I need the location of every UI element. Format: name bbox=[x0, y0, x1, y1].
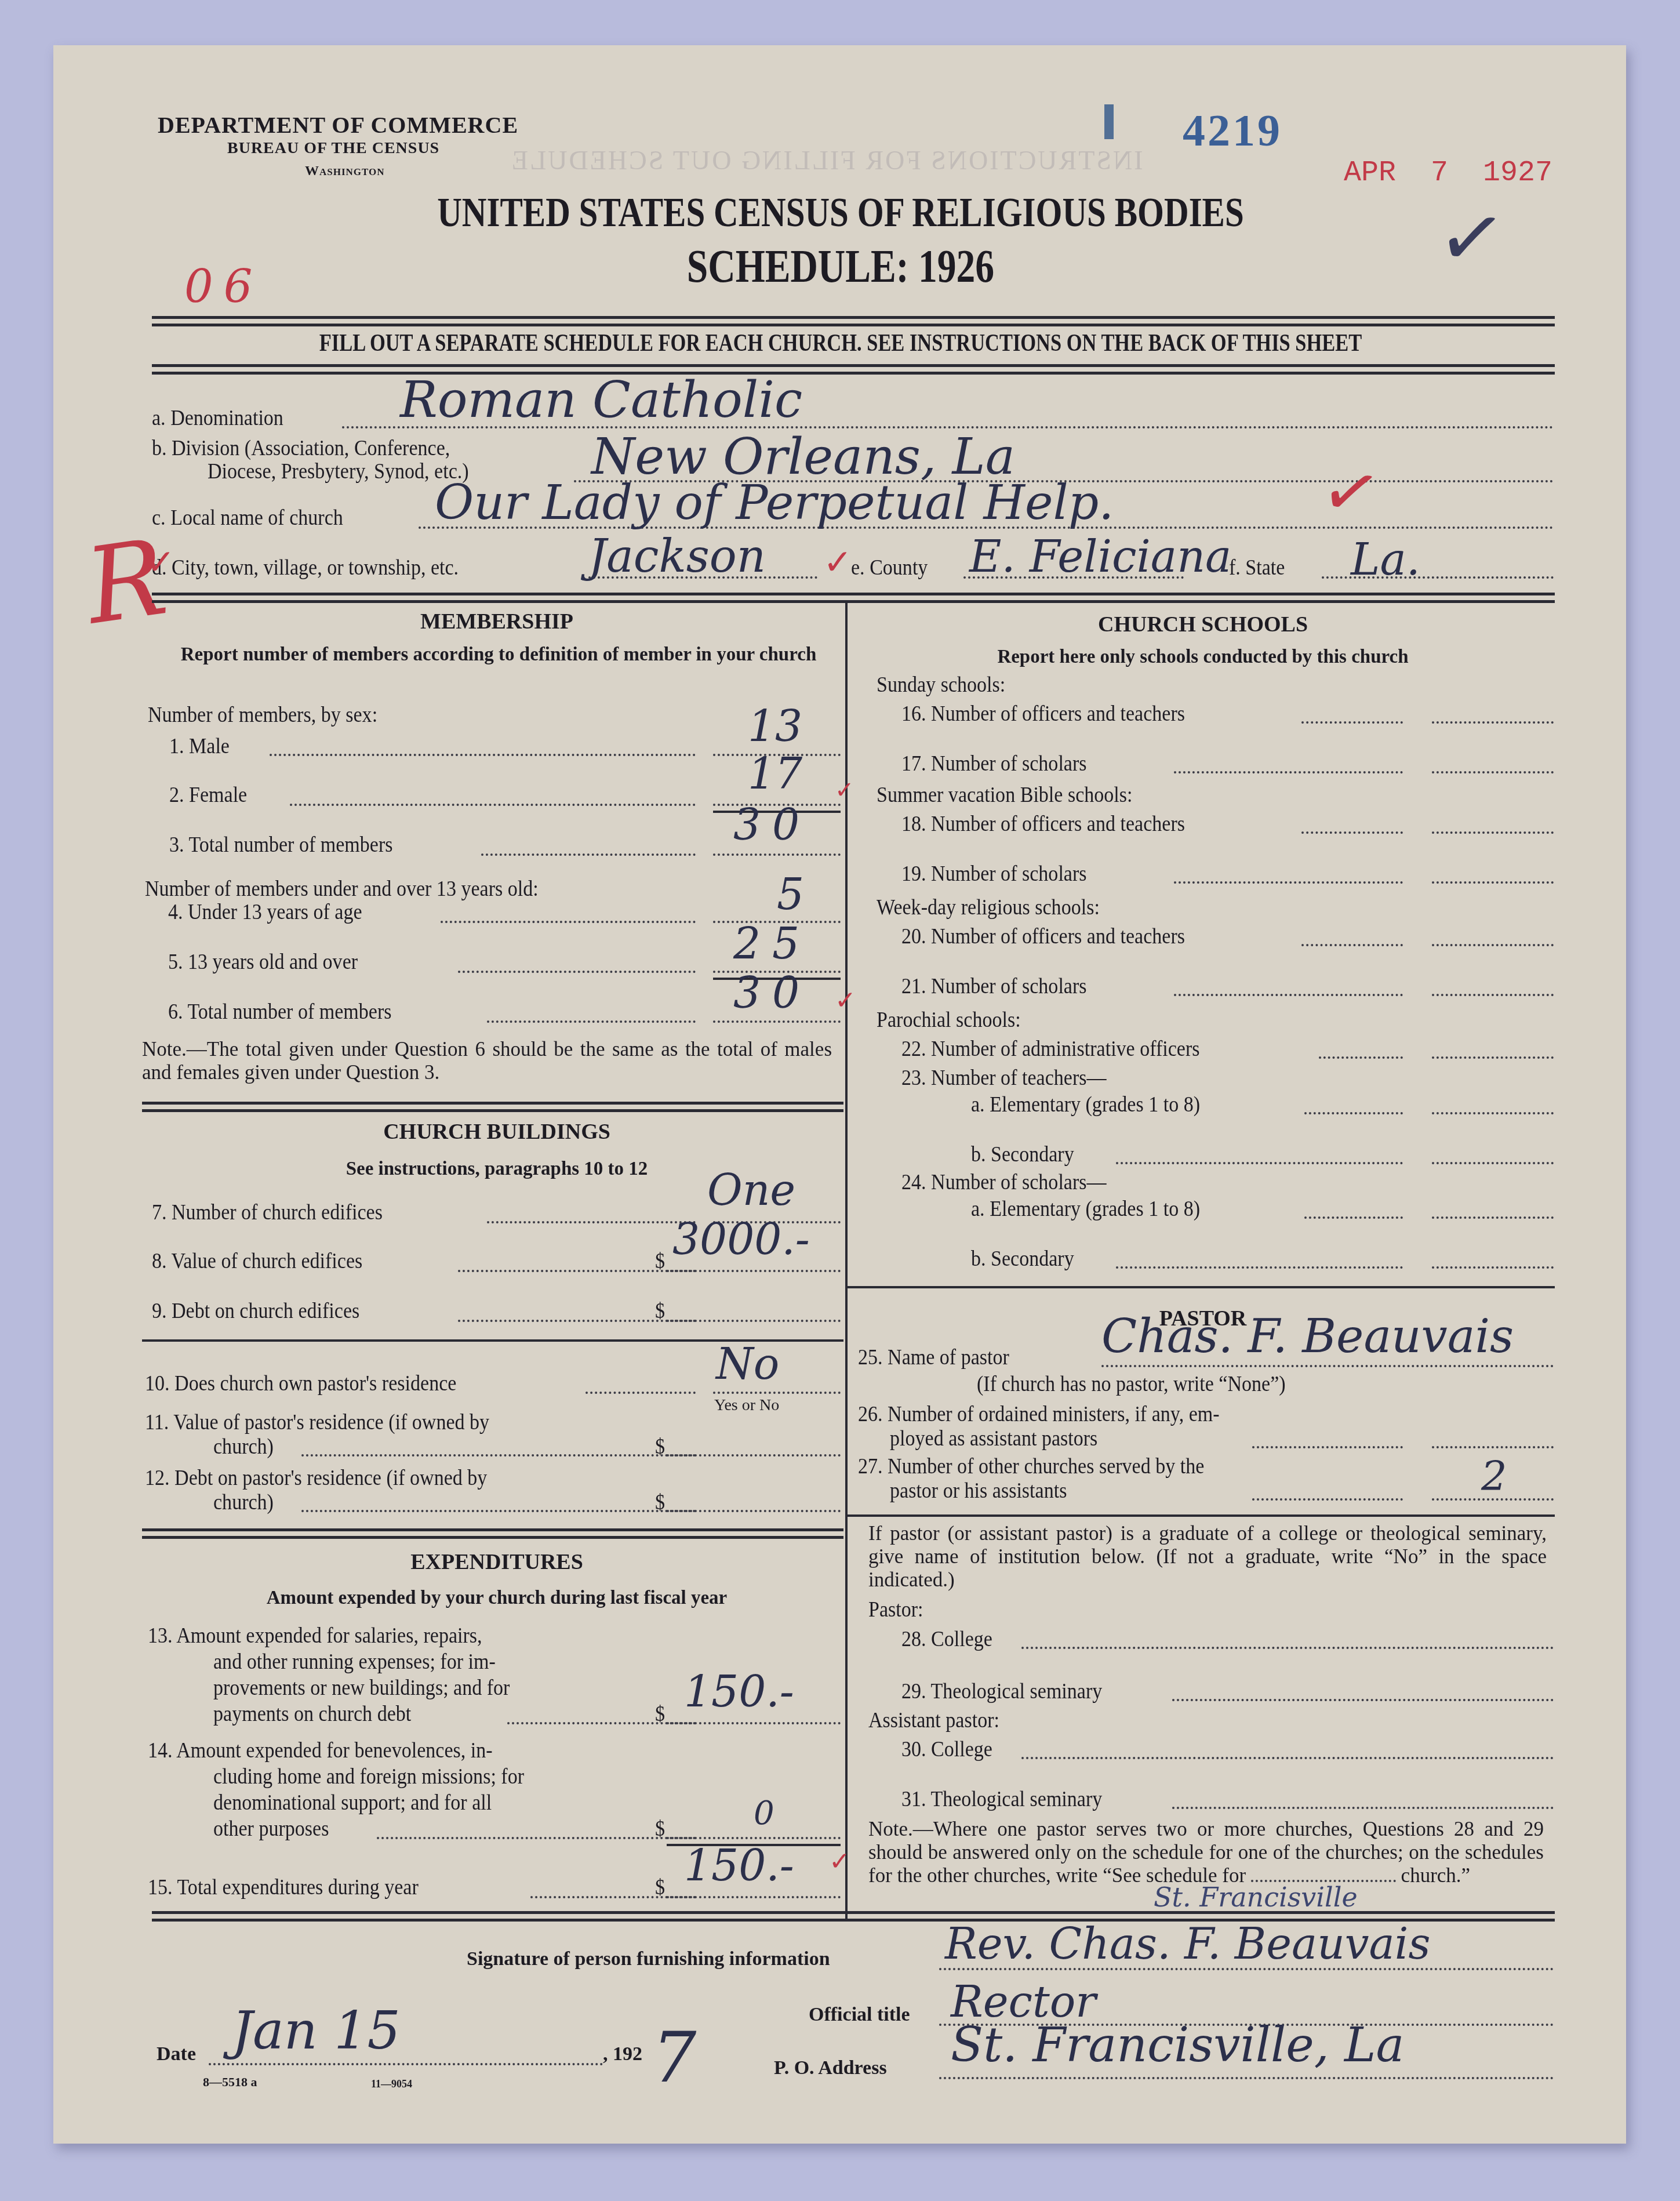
dotted-leader bbox=[586, 1392, 696, 1394]
q23a-label: a. Elementary (grades 1 to 8) bbox=[971, 1092, 1200, 1117]
red-checkmark-icon: ✓ bbox=[835, 777, 854, 804]
currency-symbol: $ bbox=[655, 1817, 665, 1842]
year-prefix: , 192 bbox=[603, 2043, 642, 2065]
margin-code-mark: 06 bbox=[184, 261, 263, 313]
total-members-2-line bbox=[713, 1020, 841, 1023]
expense-13-line-3: provements or new buildings; and for bbox=[213, 1676, 510, 1701]
double-rule bbox=[142, 1102, 843, 1112]
expense-14-line-4: other purposes bbox=[213, 1817, 329, 1842]
edifices-debt-line bbox=[667, 1320, 841, 1322]
edifices-value-line bbox=[667, 1270, 841, 1272]
official-title-label: Official title bbox=[809, 2004, 910, 2026]
date-line bbox=[209, 2063, 603, 2065]
q29-label: 29. Theological seminary bbox=[901, 1679, 1102, 1704]
received-date-stamp: APR 7 1927 bbox=[1344, 157, 1552, 190]
form-code: 8—5518 a bbox=[203, 2075, 257, 2090]
residence-debt-label: 12. Debt on pastor's residence (if owned… bbox=[145, 1466, 487, 1491]
q24b-label: b. Secondary bbox=[971, 1247, 1074, 1272]
assistant-subheading: Assistant pastor: bbox=[868, 1708, 999, 1733]
q21-label: 21. Number of scholars bbox=[901, 974, 1087, 999]
owns-residence-label: 10. Does church own pastor's residence bbox=[145, 1371, 456, 1396]
red-checkmark-icon: ✓ bbox=[823, 542, 852, 583]
document-number-stamp: 4219 bbox=[1183, 104, 1282, 157]
edifices-value-label: 8. Value of church edifices bbox=[152, 1249, 362, 1274]
red-checkmark-icon: ✓ bbox=[829, 1847, 850, 1876]
dotted-leader bbox=[487, 1221, 696, 1223]
q22-field[interactable] bbox=[1432, 1056, 1554, 1059]
expense-15-label: 15. Total expenditures during year bbox=[148, 1875, 419, 1900]
q20-label: 20. Number of officers and teachers bbox=[901, 924, 1185, 949]
double-rule bbox=[152, 316, 1555, 326]
dotted-leader bbox=[1174, 881, 1403, 884]
yes-or-no-hint: Yes or No bbox=[714, 1396, 779, 1415]
pastor-name-hint: (If church has no pastor, write “None”) bbox=[977, 1372, 1286, 1397]
dotted-leader bbox=[1174, 771, 1403, 773]
q17-field[interactable] bbox=[1432, 771, 1554, 773]
currency-symbol: $ bbox=[655, 1702, 665, 1727]
currency-symbol: $ bbox=[655, 1249, 665, 1274]
q30-label: 30. College bbox=[901, 1737, 992, 1762]
dotted-leader bbox=[481, 853, 696, 856]
year-field[interactable]: 7 bbox=[652, 2018, 696, 2098]
pastor-note: Note.—Where one pastor serves two or mor… bbox=[868, 1818, 1544, 1887]
dotted-leader bbox=[1116, 1162, 1403, 1164]
dotted-leader bbox=[1301, 944, 1403, 946]
double-rule bbox=[152, 364, 1555, 375]
dotted-leader bbox=[1252, 1446, 1403, 1448]
residence-value-line bbox=[667, 1454, 841, 1457]
membership-subtitle: Report number of members according to de… bbox=[174, 641, 823, 669]
city-label: Washington bbox=[305, 164, 385, 179]
local-name-field[interactable]: Our Lady of Perpetual Help. bbox=[435, 475, 1114, 531]
expense-13-line bbox=[667, 1722, 841, 1724]
expense-13-line-2: and other running expenses; for im- bbox=[213, 1650, 496, 1675]
q26-field[interactable] bbox=[1432, 1446, 1554, 1448]
state-field[interactable]: La. bbox=[1351, 533, 1420, 585]
q16-field[interactable] bbox=[1432, 721, 1554, 724]
edifices-count-field[interactable]: One bbox=[707, 1165, 795, 1215]
pastor-name-label: 25. Name of pastor bbox=[858, 1345, 1009, 1370]
q22-label: 22. Number of administrative officers bbox=[901, 1037, 1200, 1062]
total-members-label: 3. Total number of members bbox=[169, 833, 393, 858]
members-by-sex-label: Number of members, by sex: bbox=[148, 703, 377, 728]
dotted-leader bbox=[1304, 1112, 1403, 1114]
dotted-leader bbox=[1319, 1056, 1403, 1059]
q18-label: 18. Number of officers and teachers bbox=[901, 812, 1185, 837]
date-label: Date bbox=[157, 2043, 196, 2065]
stamp-mark bbox=[1104, 104, 1114, 139]
form-title: UNITED STATES CENSUS OF RELIGIOUS BODIES bbox=[294, 188, 1387, 237]
division-label-cont: Diocese, Presbytery, Synod, etc.) bbox=[208, 459, 469, 484]
q26-label: 26. Number of ordained ministers, if any… bbox=[858, 1402, 1220, 1427]
q23b-label: b. Secondary bbox=[971, 1142, 1074, 1167]
female-label: 2. Female bbox=[169, 783, 247, 808]
expense-13-field[interactable]: 150.- bbox=[684, 1667, 794, 1717]
q19-label: 19. Number of scholars bbox=[901, 862, 1087, 887]
expense-14-line-2: cluding home and foreign missions; for bbox=[213, 1764, 524, 1789]
sunday-schools-label: Sunday schools: bbox=[877, 673, 1005, 698]
owns-residence-field[interactable]: No bbox=[716, 1339, 779, 1389]
checkmark-icon: ✓ bbox=[1431, 187, 1512, 290]
q24-label: 24. Number of scholars— bbox=[901, 1170, 1107, 1195]
dotted-leader bbox=[1116, 1266, 1403, 1269]
residence-value-label-cont: church) bbox=[213, 1434, 274, 1459]
expense-14-line bbox=[667, 1837, 841, 1839]
divider bbox=[848, 1514, 1555, 1517]
print-code: 11—9054 bbox=[371, 2078, 412, 2090]
summer-schools-label: Summer vacation Bible schools: bbox=[877, 783, 1133, 808]
q28-label: 28. College bbox=[901, 1627, 992, 1652]
schools-subtitle: Report here only schools conducted by th… bbox=[852, 647, 1554, 668]
dotted-leader bbox=[301, 1510, 696, 1512]
city-field[interactable]: Jackson bbox=[588, 531, 766, 583]
edifices-debt-label: 9. Debt on church edifices bbox=[152, 1299, 359, 1324]
see-schedule-value[interactable]: St. Francisville bbox=[1154, 1882, 1358, 1913]
division-label: b. Division (Association, Conference, bbox=[152, 436, 450, 461]
under-13-label: 4. Under 13 years of age bbox=[168, 900, 362, 925]
female-field[interactable]: 17 bbox=[748, 749, 802, 799]
residence-value-label: 11. Value of pastor's residence (if owne… bbox=[145, 1410, 489, 1435]
po-address-line bbox=[939, 2077, 1554, 2079]
dotted-leader bbox=[487, 1020, 696, 1023]
over-13-field[interactable]: 25 bbox=[733, 919, 811, 969]
expense-14-line-3: denominational support; and for all bbox=[213, 1790, 492, 1815]
dotted-leader bbox=[270, 754, 696, 756]
dotted-leader bbox=[1252, 1498, 1403, 1501]
po-address-field[interactable]: St. Francisville, La bbox=[951, 2018, 1404, 2073]
dotted-leader bbox=[441, 921, 696, 923]
department-label: DEPARTMENT OF COMMERCE bbox=[158, 111, 518, 139]
red-checkmark-icon: ✓ bbox=[835, 986, 856, 1015]
schedule-year: SCHEDULE: 1926 bbox=[294, 241, 1387, 293]
q23-label: 23. Number of teachers— bbox=[901, 1066, 1107, 1091]
total-members-2-label: 6. Total number of members bbox=[168, 1000, 392, 1025]
q24a-label: a. Elementary (grades 1 to 8) bbox=[971, 1197, 1200, 1222]
schools-heading: CHURCH SCHOOLS bbox=[852, 612, 1554, 637]
dotted-leader bbox=[1174, 994, 1403, 996]
pastor-subheading: Pastor: bbox=[868, 1597, 923, 1622]
dotted-leader bbox=[1304, 1216, 1403, 1219]
membership-note: Note.—The total given under Question 6 s… bbox=[142, 1038, 832, 1084]
weekday-schools-label: Week-day religious schools: bbox=[877, 895, 1100, 920]
under-13-field[interactable]: 5 bbox=[777, 870, 804, 920]
q31-label: 31. Theological seminary bbox=[901, 1787, 1102, 1812]
male-field[interactable]: 13 bbox=[748, 702, 802, 751]
dotted-leader bbox=[1301, 831, 1403, 834]
double-rule bbox=[152, 593, 1555, 603]
edifices-value-field[interactable]: 3000.- bbox=[672, 1215, 810, 1265]
signature-label: Signature of person furnishing informati… bbox=[467, 1948, 830, 1970]
q24a-field[interactable] bbox=[1432, 1216, 1554, 1219]
denomination-label: a. Denomination bbox=[152, 406, 283, 431]
q17-label: 17. Number of scholars bbox=[901, 751, 1087, 776]
total-members-line bbox=[713, 853, 841, 856]
bureau-label: BUREAU OF THE CENSUS bbox=[227, 139, 439, 158]
membership-heading: MEMBERSHIP bbox=[152, 609, 842, 634]
q27-label: 27. Number of other churches served by t… bbox=[858, 1454, 1204, 1479]
expense-15-field[interactable]: 150.- bbox=[684, 1841, 794, 1891]
local-name-label: c. Local name of church bbox=[152, 506, 343, 531]
q28-field[interactable] bbox=[1021, 1647, 1554, 1649]
q29-field[interactable] bbox=[1172, 1699, 1554, 1701]
graduate-instructions: If pastor (or assistant pastor) is a gra… bbox=[868, 1522, 1547, 1592]
edifices-count-label: 7. Number of church edifices bbox=[152, 1200, 383, 1225]
male-label: 1. Male bbox=[169, 734, 230, 759]
expense-15-line bbox=[667, 1896, 841, 1898]
pastor-name-field[interactable]: Chas. F. Beauvais bbox=[1101, 1309, 1514, 1363]
q20-field[interactable] bbox=[1432, 944, 1554, 946]
signature-field[interactable]: Rev. Chas. F. Beauvais bbox=[945, 1919, 1430, 1969]
parochial-schools-label: Parochial schools: bbox=[877, 1008, 1021, 1033]
expense-13-line-1: 13. Amount expended for salaries, repair… bbox=[148, 1623, 482, 1648]
show-through-text: INSTRUCTIONS FOR FILLING OUT SCHEDULE bbox=[510, 145, 1143, 176]
expenditures-heading: EXPENDITURES bbox=[152, 1549, 842, 1575]
dotted-leader bbox=[377, 1837, 696, 1839]
q23b-field[interactable] bbox=[1432, 1162, 1554, 1164]
q26-label-cont: ployed as assistant pastors bbox=[890, 1426, 1097, 1451]
q18-field[interactable] bbox=[1432, 831, 1554, 834]
pastor-note-end: church.” bbox=[1401, 1864, 1471, 1887]
q27-label-cont: pastor or his assistants bbox=[890, 1479, 1067, 1503]
members-by-age-label: Number of members under and over 13 year… bbox=[145, 877, 539, 902]
owns-residence-line bbox=[713, 1392, 841, 1394]
po-address-label: P. O. Address bbox=[774, 2057, 887, 2079]
dotted-leader bbox=[290, 804, 696, 806]
q30-field[interactable] bbox=[1021, 1757, 1554, 1759]
currency-symbol: $ bbox=[655, 1299, 665, 1324]
currency-symbol: $ bbox=[655, 1490, 665, 1515]
expense-13-line-4: payments on church debt bbox=[213, 1702, 411, 1727]
double-rule bbox=[142, 1528, 843, 1539]
over-13-label: 5. 13 years old and over bbox=[168, 950, 358, 975]
expense-14-line-1: 14. Amount expended for benevolences, in… bbox=[148, 1738, 493, 1763]
expense-14-field[interactable]: 0 bbox=[754, 1795, 774, 1832]
q16-label: 16. Number of officers and teachers bbox=[901, 702, 1185, 727]
denomination-field[interactable]: Roman Catholic bbox=[400, 371, 802, 429]
pastor-name-line bbox=[1101, 1365, 1554, 1367]
q23a-field[interactable] bbox=[1432, 1112, 1554, 1114]
instruction-banner: FILL OUT A SEPARATE SCHEDULE FOR EACH CH… bbox=[294, 329, 1387, 357]
dotted-leader bbox=[1301, 721, 1403, 724]
residence-debt-line bbox=[667, 1510, 841, 1512]
currency-symbol: $ bbox=[655, 1434, 665, 1459]
expenditures-subtitle: Amount expended by your church during la… bbox=[152, 1588, 842, 1609]
total-members-field[interactable]: 30 bbox=[733, 800, 811, 850]
date-field[interactable]: Jan 15 bbox=[232, 2000, 401, 2061]
q19-field[interactable] bbox=[1432, 881, 1554, 884]
residence-debt-label-cont: church) bbox=[213, 1490, 274, 1515]
county-label: e. County bbox=[851, 555, 928, 580]
q24b-field[interactable] bbox=[1432, 1266, 1554, 1269]
dotted-leader bbox=[301, 1454, 696, 1457]
county-field[interactable]: E. Feliciana bbox=[969, 531, 1231, 582]
divider bbox=[848, 1286, 1555, 1288]
currency-symbol: $ bbox=[655, 1875, 665, 1900]
city-label: d. City, town, village, or township, etc… bbox=[152, 555, 459, 580]
q27-field[interactable]: 2 bbox=[1481, 1452, 1507, 1500]
state-label: f. State bbox=[1229, 555, 1285, 580]
q31-field[interactable] bbox=[1172, 1807, 1554, 1809]
buildings-heading: CHURCH BUILDINGS bbox=[152, 1119, 842, 1145]
dotted-leader bbox=[458, 971, 696, 973]
total-members-2-field[interactable]: 30 bbox=[733, 968, 811, 1018]
q21-field[interactable] bbox=[1432, 994, 1554, 996]
